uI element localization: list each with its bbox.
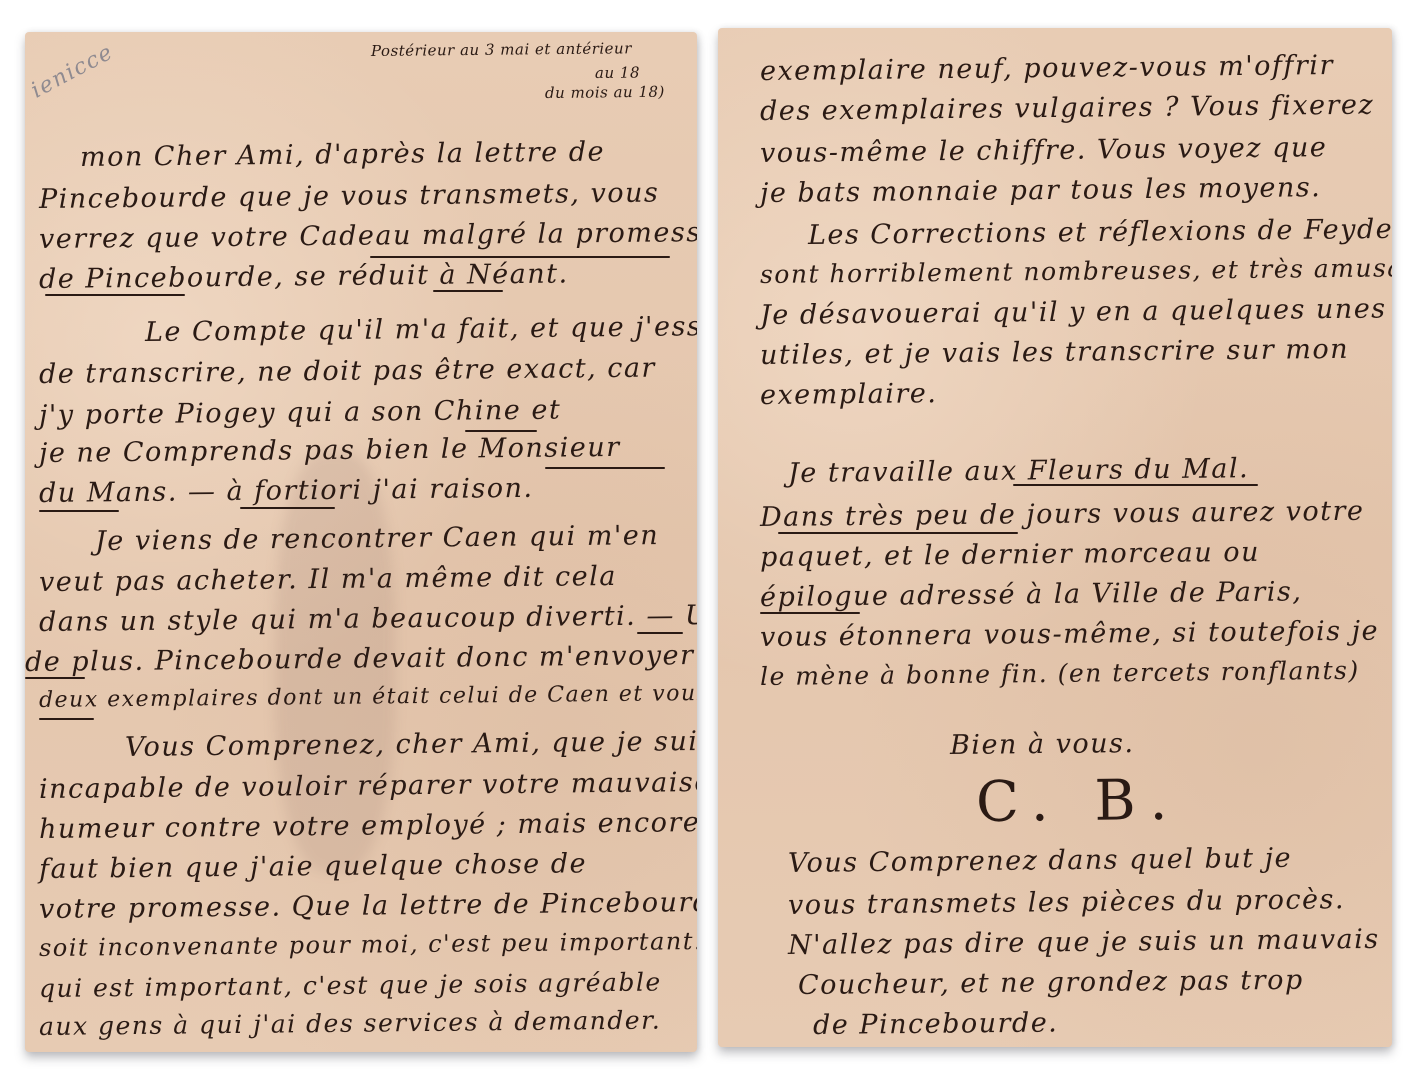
letter-line: des exemplaires vulgaires ? Vous fixerez — [760, 90, 1374, 127]
letter-line: deux exemplaires dont un était celui de … — [39, 679, 697, 713]
postscript-line: Vous Comprenez dans quel but je — [788, 843, 1292, 879]
postscript-line: vous transmets les pièces du procès. — [788, 884, 1345, 921]
closing-line: Bien à vous. — [950, 728, 1135, 761]
letter-line: vous étonnera vous-même, si toutefois je — [760, 616, 1379, 653]
dating-note-line-3: du mois au 18) — [545, 83, 665, 102]
letter-line: faut bien que j'aie quelque chose de — [39, 848, 587, 885]
underline — [39, 510, 119, 512]
underline — [778, 532, 1018, 534]
letter-line: humeur contre votre employé ; mais encor… — [39, 807, 697, 845]
postscript-line: de Pincebourde. — [813, 1007, 1059, 1041]
letter-line: aux gens à qui j'ai des services à deman… — [39, 1005, 662, 1041]
letter-line: sont horriblement nombreuses, et très am… — [760, 253, 1392, 289]
underline — [45, 294, 185, 296]
letter-line: je ne Comprends pas bien le Monsieur — [39, 432, 621, 469]
photo-stage: ienicce Postérieur au 3 mai et antérieur… — [0, 0, 1416, 1080]
letter-line: verrez que votre Cadeau malgré la promes… — [39, 217, 697, 255]
letter-line: incapable de vouloir réparer votre mauva… — [39, 767, 697, 805]
underline — [25, 677, 85, 679]
pencil-annotation: ienicce — [27, 39, 118, 103]
letter-line: exemplaire. — [760, 378, 938, 411]
letter-page-right: exemplaire neuf, pouvez-vous m'offrir de… — [718, 28, 1392, 1047]
letter-line: Vous Comprenez, cher Ami, que je suis — [125, 726, 697, 763]
letter-line: du Mans. — à fortiori j'ai raison. — [39, 473, 534, 509]
underline — [637, 632, 683, 634]
letter-page-left: ienicce Postérieur au 3 mai et antérieur… — [25, 32, 697, 1052]
underline — [240, 507, 335, 509]
letter-line: paquet, et le dernier morceau ou — [760, 537, 1260, 573]
underline — [1013, 484, 1258, 486]
underline — [370, 256, 670, 258]
letter-line: vous-même le chiffre. Vous voyez que — [760, 132, 1328, 169]
postscript-line: Coucheur, et ne grondez pas trop — [798, 965, 1304, 1001]
letter-line: dans un style qui m'a beaucoup diverti. … — [39, 600, 697, 638]
underline — [545, 467, 665, 469]
letter-line: Je désavouerai qu'il y en a quelques une… — [760, 293, 1387, 331]
letter-line: mon Cher Ami, d'après la lettre de — [80, 137, 605, 173]
letter-line: de transcrire, ne doit pas être exact, c… — [39, 353, 656, 390]
letter-line: je bats monnaie par tous les moyens. — [760, 172, 1322, 209]
dating-note-line-1: Postérieur au 3 mai et antérieur — [371, 39, 632, 60]
letter-line: qui est important, c'est que je sois agr… — [39, 967, 662, 1003]
letter-line: Les Corrections et réflexions de Feydeau — [808, 213, 1392, 251]
letter-line: le mène à bonne fin. (en tercets ronflan… — [760, 656, 1360, 691]
dating-note-line-2: au 18 — [595, 64, 640, 82]
letter-line: votre promesse. Que la lettre de Pincebo… — [39, 887, 697, 925]
letter-line: utiles, et je vais les transcrire sur mo… — [760, 334, 1349, 371]
letter-line: veut pas acheter. Il m'a même dit cela — [39, 561, 617, 598]
letter-line: j'y porte Piogey qui a son Chine et — [39, 395, 562, 431]
letter-line: de plus. Pincebourde devait donc m'envoy… — [25, 640, 695, 678]
underline — [760, 612, 860, 614]
letter-line: soit inconvenante pour moi, c'est peu im… — [39, 927, 697, 962]
letter-line: Dans très peu de jours vous aurez votre — [760, 496, 1365, 533]
letter-line: Le Compte qu'il m'a fait, et que j'essai… — [145, 311, 697, 348]
underline — [39, 718, 94, 720]
postscript-line: N'allez pas dire que je suis un mauvais — [788, 924, 1380, 961]
letter-line: Pincebourde que je vous transmets, vous — [39, 178, 660, 215]
letter-line: exemplaire neuf, pouvez-vous m'offrir — [760, 50, 1334, 87]
letter-line: Je viens de rencontrer Caen qui m'en — [95, 520, 659, 557]
underline — [433, 290, 503, 292]
signature: C. B. — [976, 768, 1182, 835]
underline — [465, 430, 537, 432]
letter-line: épilogue adressé à la Ville de Paris, — [760, 576, 1303, 613]
